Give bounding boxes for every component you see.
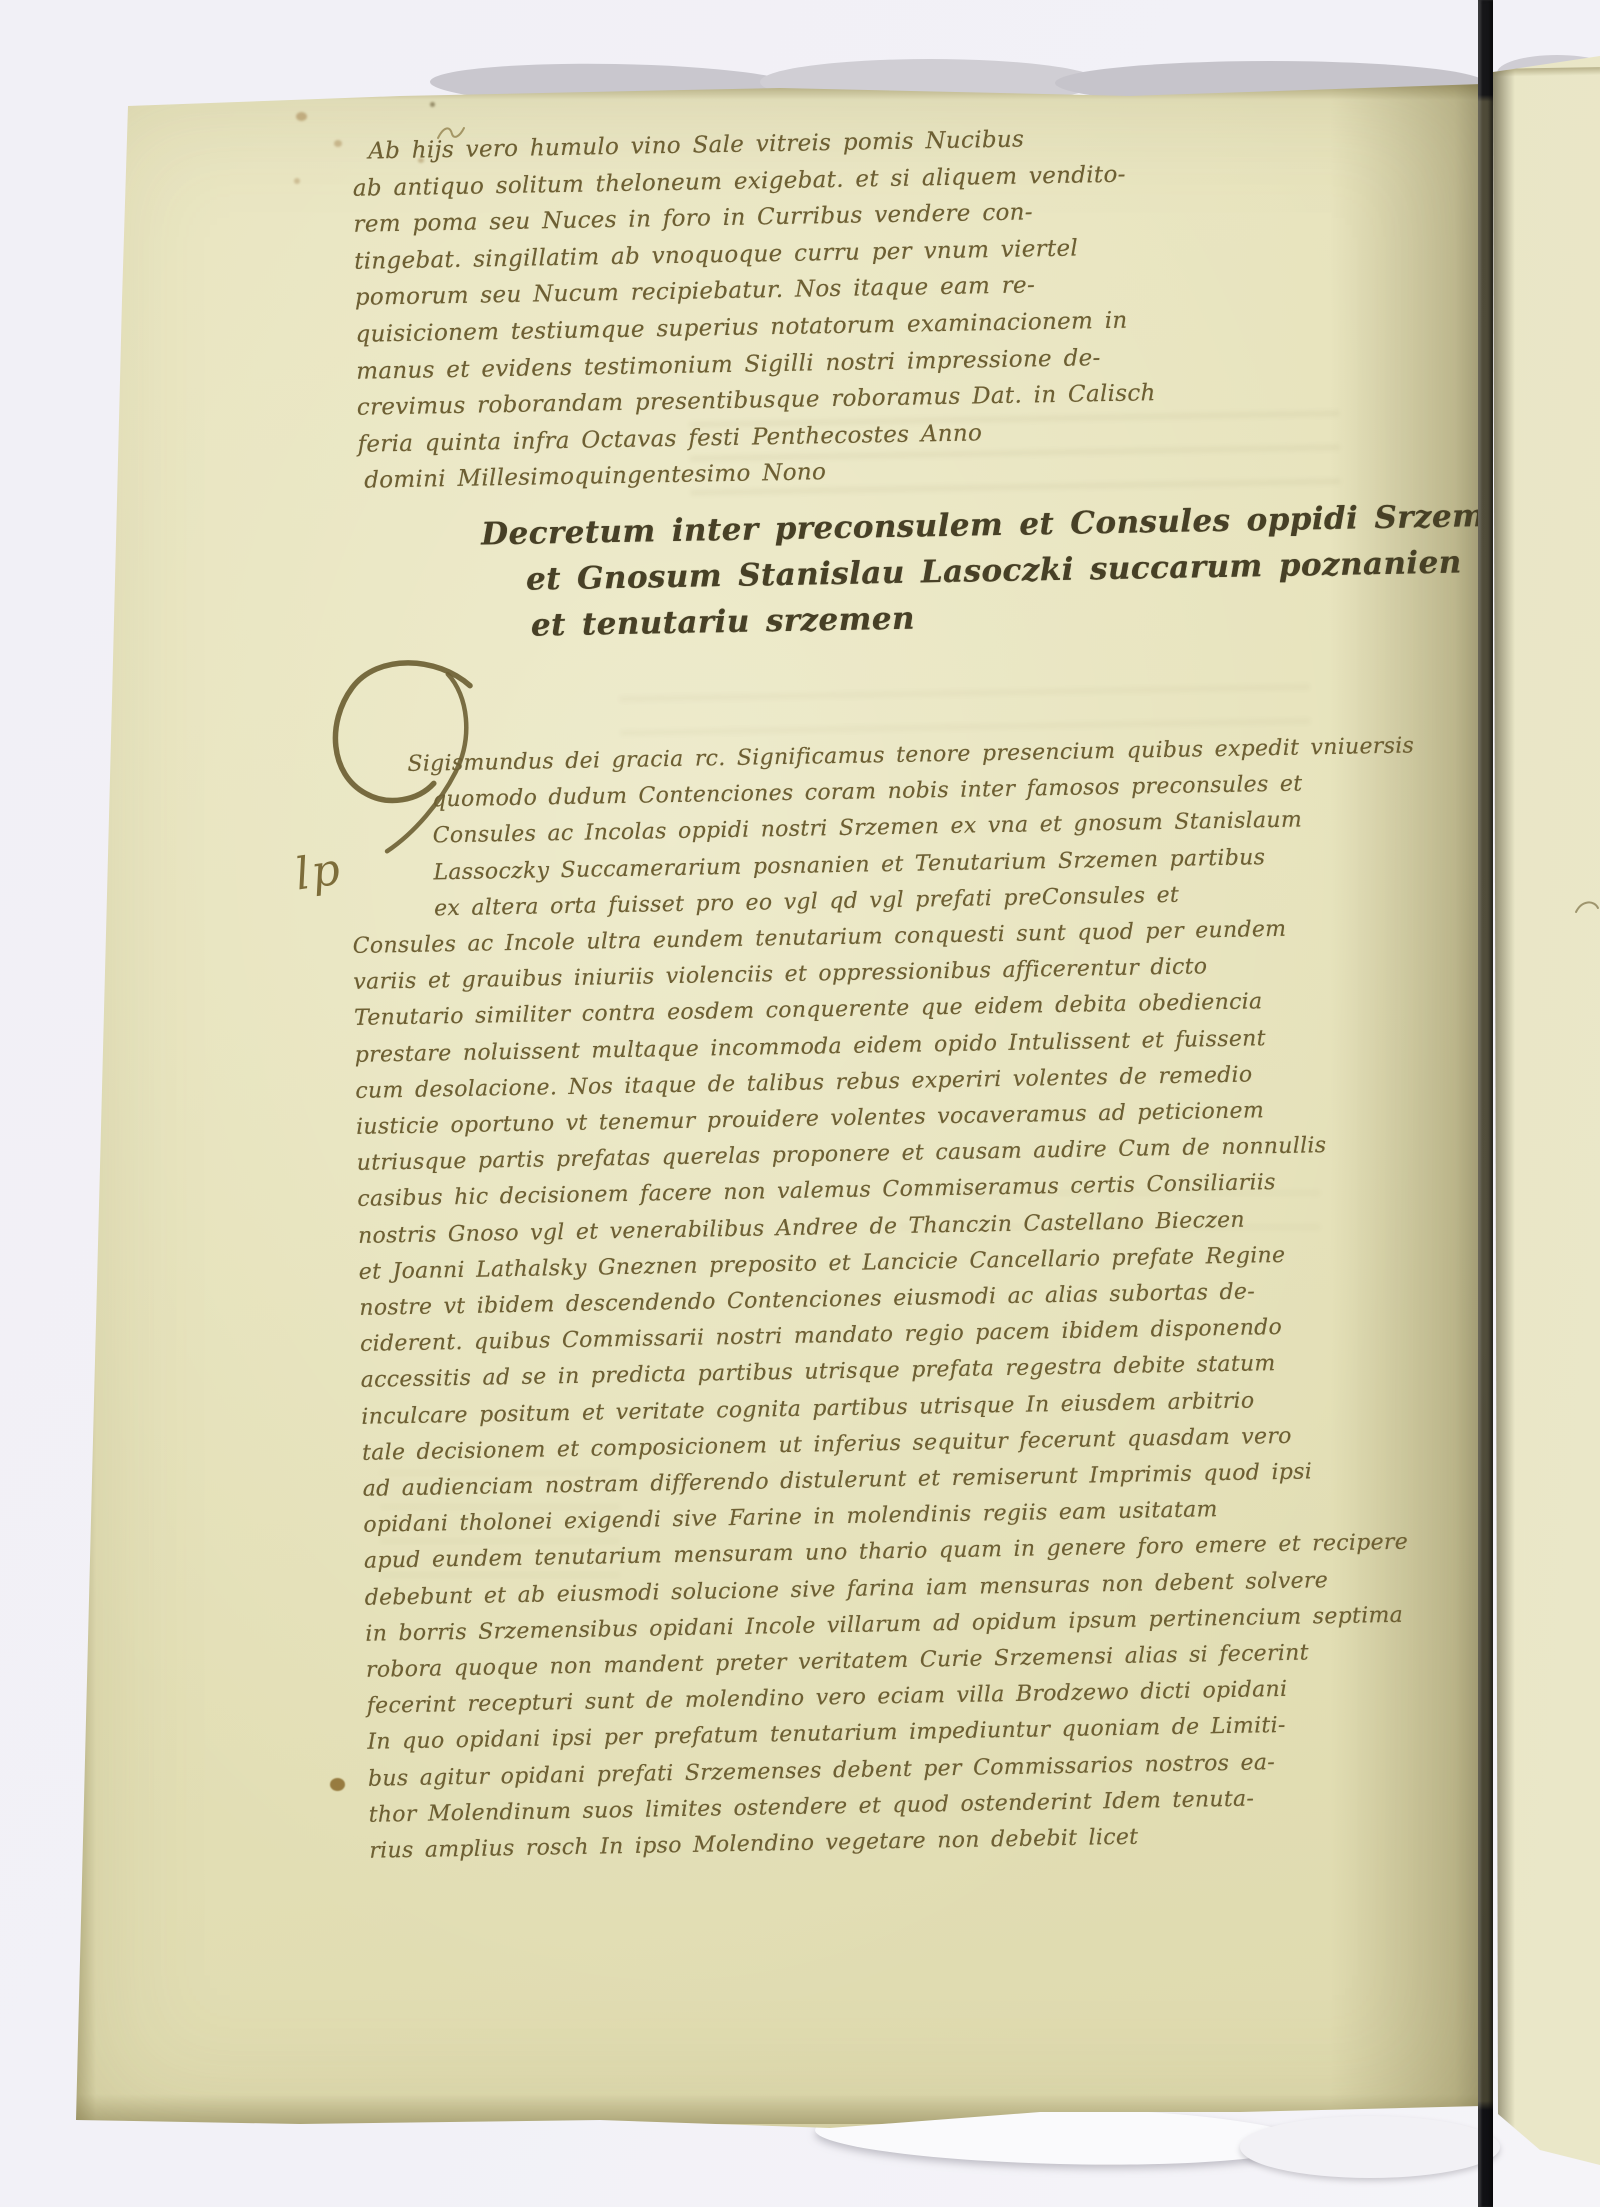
handwriting-layer: Ab hijs vero humulo vino Sale vitreis po…: [0, 0, 1600, 2207]
gutter-crease: [1493, 70, 1515, 2130]
binding-rod: [1478, 0, 1493, 2207]
scanner-background: Ab hijs vero humulo vino Sale vitreis po…: [0, 0, 1600, 2207]
section-heading: Decretum inter preconsulem et Consules o…: [481, 493, 1488, 649]
manuscript-page: Ab hijs vero humulo vino Sale vitreis po…: [0, 0, 1600, 2207]
ink-mark: [1574, 898, 1600, 918]
margin-annotation: lp: [292, 844, 345, 901]
page-edge-underlay: [1240, 2116, 1500, 2178]
opening-paragraph: Ab hijs vero humulo vino Sale vitreis po…: [352, 119, 1157, 500]
body-paragraph: Sigismundus dei gracia rc. Significamus …: [349, 728, 1434, 1870]
